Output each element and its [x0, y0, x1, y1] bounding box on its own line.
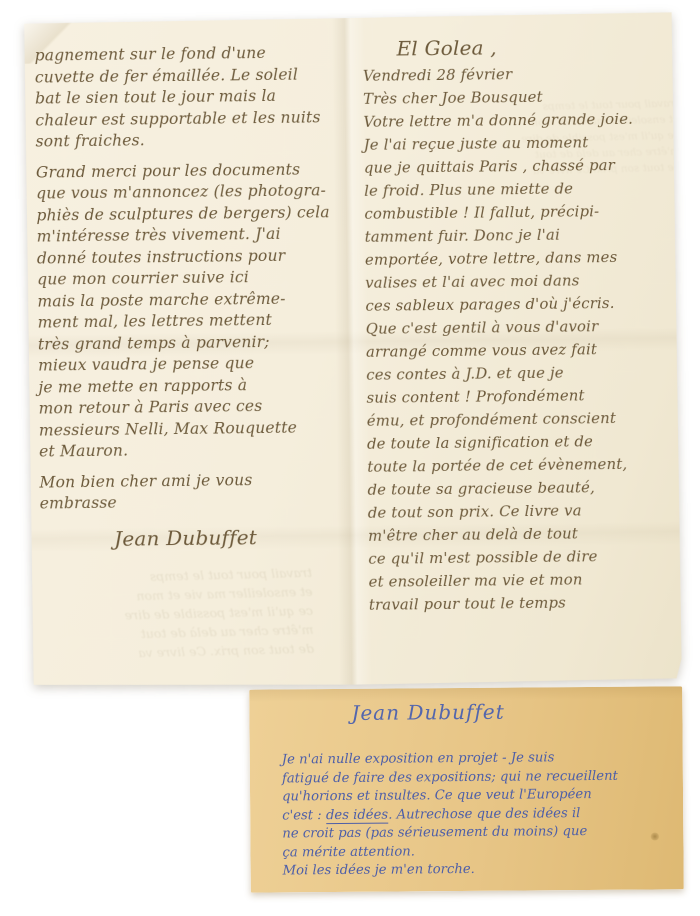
handwriting-line: ces sableux parages d'où j'écris. [365, 291, 671, 317]
handwriting-line: de toute sa gracieuse beauté, [367, 475, 673, 501]
underlined-phrase: des idées [326, 807, 388, 823]
handwriting-line: ému, et profondément conscient [367, 406, 673, 432]
handwriting-line: et Mauron. [39, 438, 347, 463]
letter-sheet: pagnement sur le fond d'unecuvette de fe… [22, 12, 682, 689]
paragraph: pagnement sur le fond d'unecuvette de fe… [35, 42, 344, 153]
handwriting-line: Moi les idées je m'en torche. [283, 859, 684, 881]
note-card: Jean Dubuffet Je n'ai nulle exposition e… [249, 686, 684, 892]
handwriting-line: toute la portée de cet évènement, [367, 452, 673, 478]
handwriting-line: Votre lettre m'a donné grande joie. [363, 107, 669, 133]
handwriting-line: Je l'ai reçue juste au moment [364, 130, 670, 156]
card-body-text: Je n'ai nulle exposition en projet - Je … [282, 748, 684, 881]
handwriting-line: le froid. Plus une miette de [364, 176, 670, 202]
text-segment: . Autrechose que des idées il [388, 806, 580, 823]
right-page-text: Vendredi 28 févrierTrès cher Joe Bousque… [363, 61, 675, 616]
handwriting-line: que vous m'annoncez (les photogra- [36, 180, 344, 205]
card-title-signature: Jean Dubuffet [351, 698, 682, 725]
handwriting-line: m'être cher au delà de tout [368, 521, 674, 547]
handwriting-line: chaleur est supportable et les nuits [35, 107, 343, 132]
letter-right-page: El Golea , Vendredi 28 févrierTrès cher … [362, 32, 675, 616]
handwriting-line: suis content ! Profondément [366, 383, 672, 409]
handwriting-line: sont fraiches. [35, 128, 343, 153]
letter-place-heading: El Golea , [396, 32, 668, 61]
handwriting-line: et ensoleiller ma vie et mon [368, 567, 674, 593]
bleed-through-text: travail pour tout le tempset ensoleiller… [74, 563, 314, 664]
handwriting-line: combustible ! Il fallut, précipi- [364, 199, 670, 225]
stain-spot [650, 832, 659, 840]
handwriting-line: arrangé comme vous avez fait [366, 337, 672, 363]
handwriting-line: phiès de sculptures de bergers) cela [36, 202, 344, 227]
handwriting-line: Très cher Joe Bousquet [363, 84, 669, 110]
letter-photograph: pagnement sur le fond d'unecuvette de fe… [0, 0, 700, 916]
handwriting-line: travail pour tout le temps [369, 590, 675, 616]
letter-left-page: pagnement sur le fond d'unecuvette de fe… [35, 42, 349, 551]
handwriting-line: tamment fuir. Donc je l'ai [365, 222, 671, 248]
handwriting-line: ce qu'il m'est possible de dire [368, 544, 674, 570]
signature: Jean Dubuffet [114, 524, 348, 551]
letter-paper: pagnement sur le fond d'unecuvette de fe… [22, 12, 682, 689]
handwriting-line: valises et l'ai avec moi dans [365, 268, 671, 294]
handwriting-line: Vendredi 28 février [363, 61, 669, 87]
handwriting-line: de tout son prix. Ce livre va [368, 498, 674, 524]
handwriting-line: de toute la signification et de [367, 429, 673, 455]
handwriting-line: ces contes à J.D. et que je [366, 360, 672, 386]
handwriting-line: Que c'est gentil à vous d'avoir [366, 314, 672, 340]
handwriting-line: embrasse [40, 490, 348, 515]
handwriting-line: emportée, votre lettre, dans mes [365, 245, 671, 271]
paragraph: Mon bien cher ami je vousembrasse [39, 469, 347, 515]
paragraph: Grand merci pour les documentsque vous m… [36, 159, 347, 463]
left-page-text: pagnement sur le fond d'unecuvette de fe… [35, 42, 348, 515]
handwriting-line: que je quittais Paris , chassé par [364, 153, 670, 179]
text-segment: c'est : [282, 808, 326, 823]
handwriting-line: cuvette de fer émaillée. Le soleil [35, 64, 343, 89]
